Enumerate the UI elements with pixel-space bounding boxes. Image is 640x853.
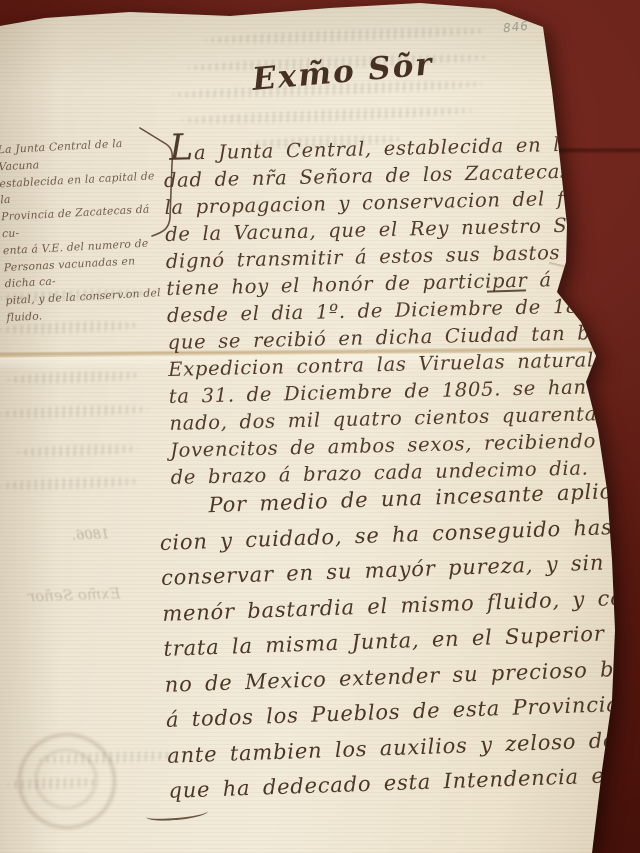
- paper-shadow-wrap: 1806. Exm̃o Señor 846 Exm̃o Sõr La Junta…: [0, 0, 640, 853]
- body-paragraph-1: La Junta Central, establecida en la Ciu-…: [163, 127, 640, 491]
- seal-bleedthrough-inner: [35, 749, 97, 809]
- bleedthrough-smudge: [18, 443, 138, 458]
- bleedthrough-smudge: [0, 476, 140, 492]
- bleedthrough-smudge: [205, 25, 485, 46]
- folio-number: 846: [502, 19, 529, 36]
- bleedthrough-smudge: [8, 370, 140, 386]
- photo-background: 1806. Exm̃o Señor 846 Exm̃o Sõr La Junta…: [0, 0, 640, 853]
- bleedthrough-year: 1806.: [72, 527, 110, 543]
- manuscript-line: pital, y de la conserv.on del fluido.: [5, 285, 171, 327]
- bleedthrough-smudge: [182, 105, 472, 126]
- bleedthrough-smudge: [0, 403, 148, 419]
- manuscript-page: 1806. Exm̃o Señor 846 Exm̃o Sõr La Junta…: [0, 0, 640, 853]
- seal-bleedthrough: [18, 733, 116, 829]
- bleedthrough-salutation: Exm̃o Señor: [28, 584, 121, 605]
- que-underline-flourish: [146, 806, 209, 822]
- body-paragraph-2: Por medio de una incesante aplica-cion y…: [158, 473, 640, 809]
